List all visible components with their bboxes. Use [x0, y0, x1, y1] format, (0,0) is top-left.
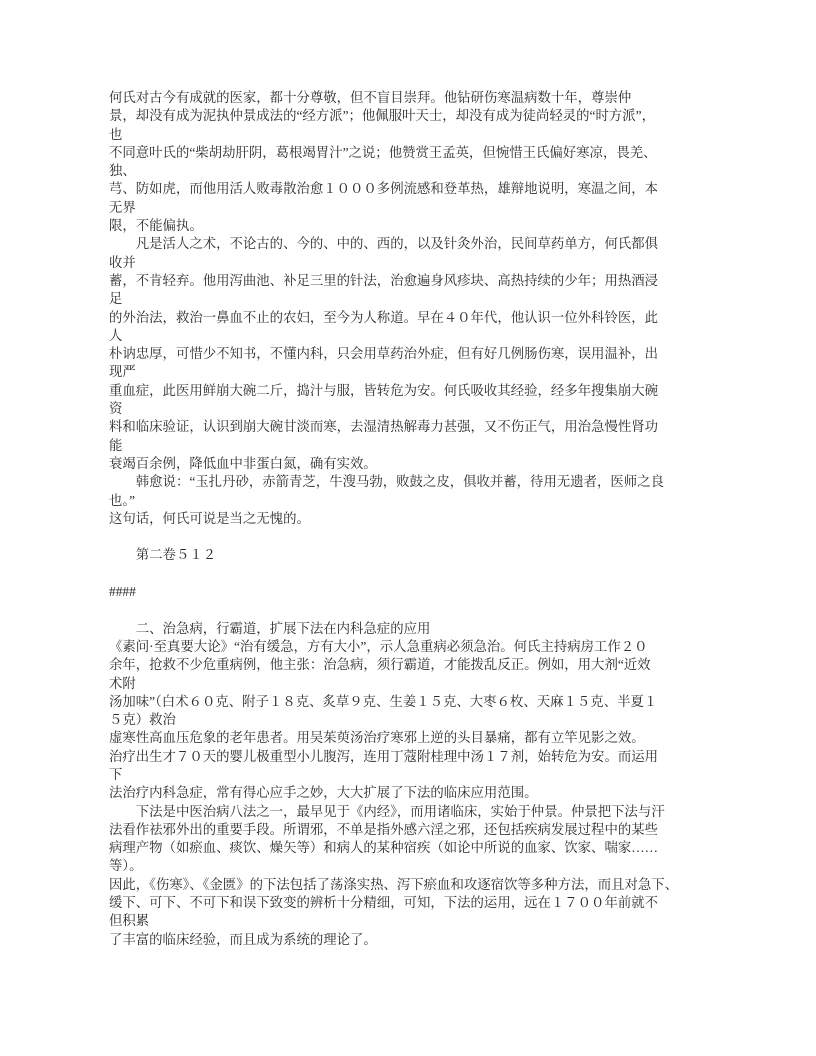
blank-line	[109, 565, 717, 583]
separator-marks: ####	[109, 583, 717, 601]
document-page: 何氏对古今有成就的医家，都十分尊敬，但不盲目崇拜。他钻研伤寒温病数十年，尊崇仲 …	[0, 0, 816, 1056]
volume-line: 第二卷５１２	[109, 546, 717, 564]
blank-line	[109, 601, 717, 619]
blank-line	[109, 528, 717, 546]
document-text: 何氏对古今有成就的医家，都十分尊敬，但不盲目崇拜。他钻研伤寒温病数十年，尊崇仲 …	[109, 89, 717, 949]
paragraph-block-2: 《素问·至真要大论》“治有缓急，方有大小”，示人急重病必须急治。何氏主持病房工作…	[109, 638, 717, 949]
paragraph-block-1: 何氏对古今有成就的医家，都十分尊敬，但不盲目崇拜。他钻研伤寒温病数十年，尊崇仲 …	[109, 89, 717, 528]
section-heading: 二、治急病，行霸道，扩展下法在内科急症的应用	[109, 620, 717, 638]
